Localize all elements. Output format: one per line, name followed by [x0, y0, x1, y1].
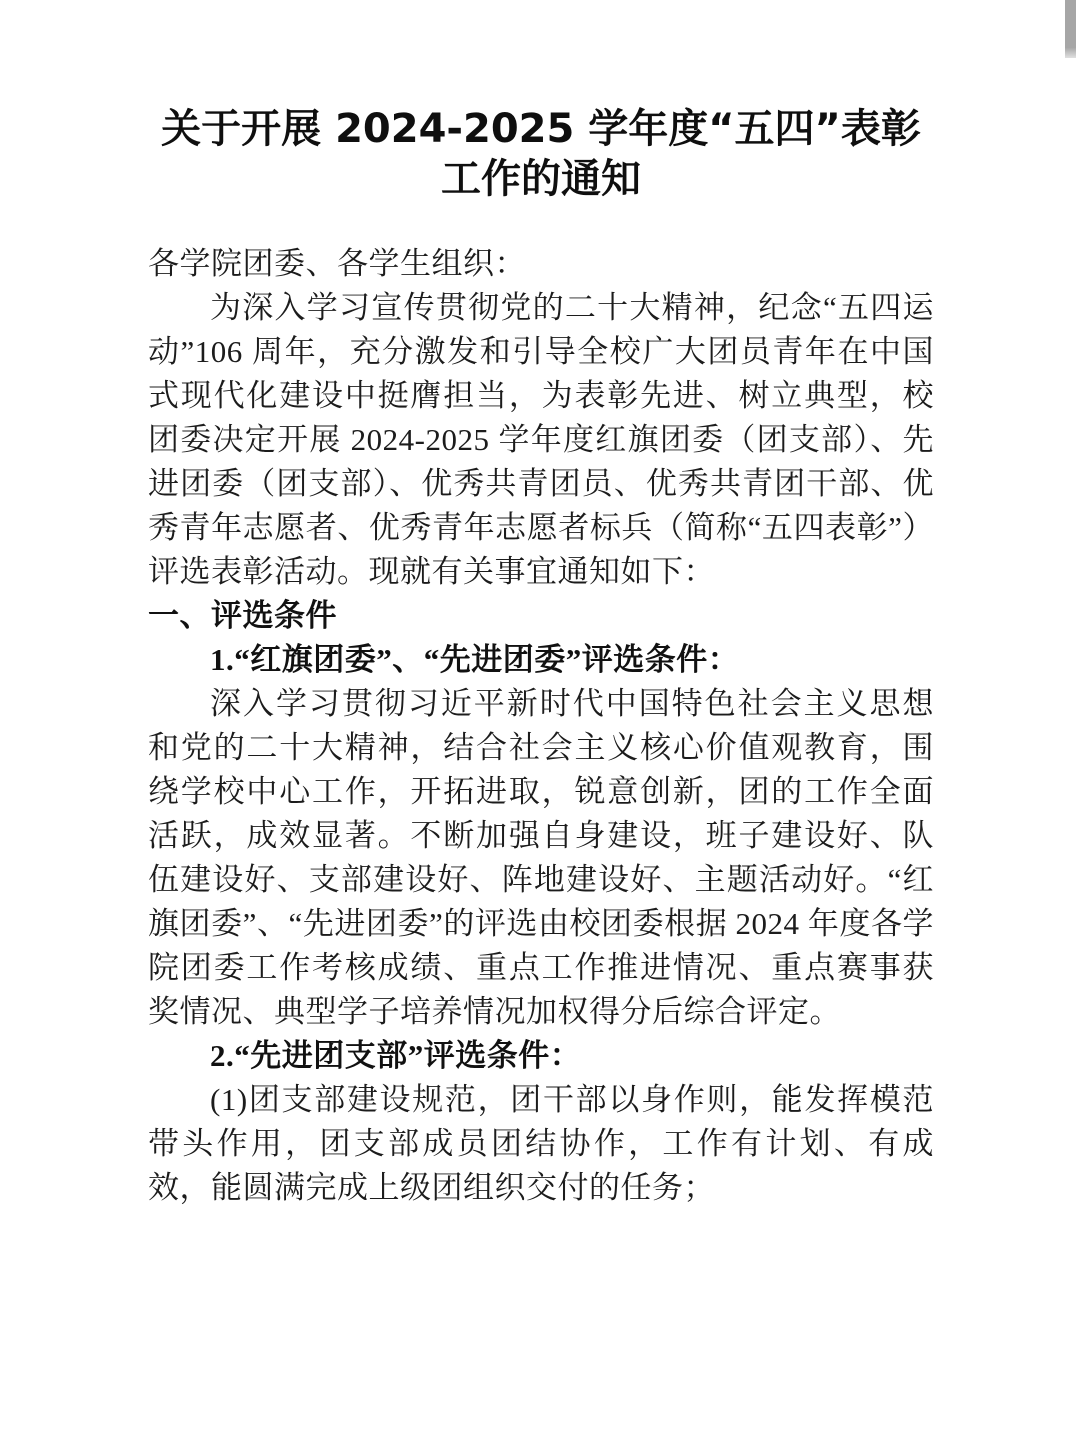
document-page: 关于开展 2024-2025 学年度“五四”表彰 工作的通知 各学院团委、各学生…: [148, 104, 934, 1210]
doc-body: 各学院团委、各学生组织： 为深入学习宣传贯彻党的二十大精神，纪念“五四运动”10…: [148, 242, 934, 1210]
heading-item-2: 2.“先进团支部”评选条件：: [148, 1034, 934, 1078]
paragraph-salutation: 各学院团委、各学生组织：: [148, 242, 934, 286]
scrollbar-thumb[interactable]: [1065, 0, 1076, 58]
doc-title: 关于开展 2024-2025 学年度“五四”表彰 工作的通知: [148, 104, 934, 204]
paragraph-intro: 为深入学习宣传贯彻党的二十大精神，纪念“五四运动”106 周年，充分激发和引导全…: [148, 286, 934, 594]
heading-section-1: 一、评选条件: [148, 594, 934, 638]
paragraph-item-2-body: (1)团支部建设规范，团干部以身作则，能发挥模范带头作用，团支部成员团结协作，工…: [148, 1078, 934, 1210]
doc-title-line-2: 工作的通知: [148, 154, 934, 204]
doc-title-line-1: 关于开展 2024-2025 学年度“五四”表彰: [148, 104, 934, 154]
paragraph-item-1-body: 深入学习贯彻习近平新时代中国特色社会主义思想和党的二十大精神，结合社会主义核心价…: [148, 682, 934, 1034]
heading-item-1: 1.“红旗团委”、“先进团委”评选条件：: [148, 638, 934, 682]
